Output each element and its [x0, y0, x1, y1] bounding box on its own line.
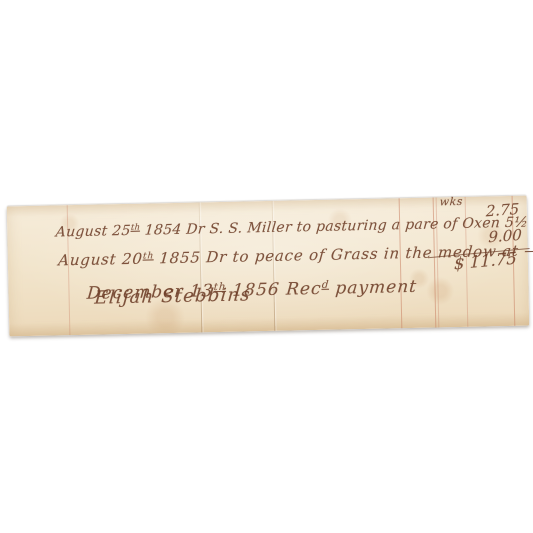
entry-1-unit-note: wks	[439, 195, 463, 209]
receipt-paper: August 25th 1854 Dr S. S. Miller to past…	[7, 196, 530, 337]
entry-2-date-ordinal: th	[143, 251, 155, 261]
entry-2-amount: 9.00	[488, 226, 522, 247]
signature: Elijah Stebbins	[94, 284, 252, 308]
entry-1-amount: 2.75	[486, 200, 520, 221]
receipt-payment: payment	[328, 277, 418, 299]
scan-background: August 25th 1854 Dr S. S. Miller to past…	[0, 0, 533, 533]
receipt-recd-superscript: d	[321, 280, 329, 291]
